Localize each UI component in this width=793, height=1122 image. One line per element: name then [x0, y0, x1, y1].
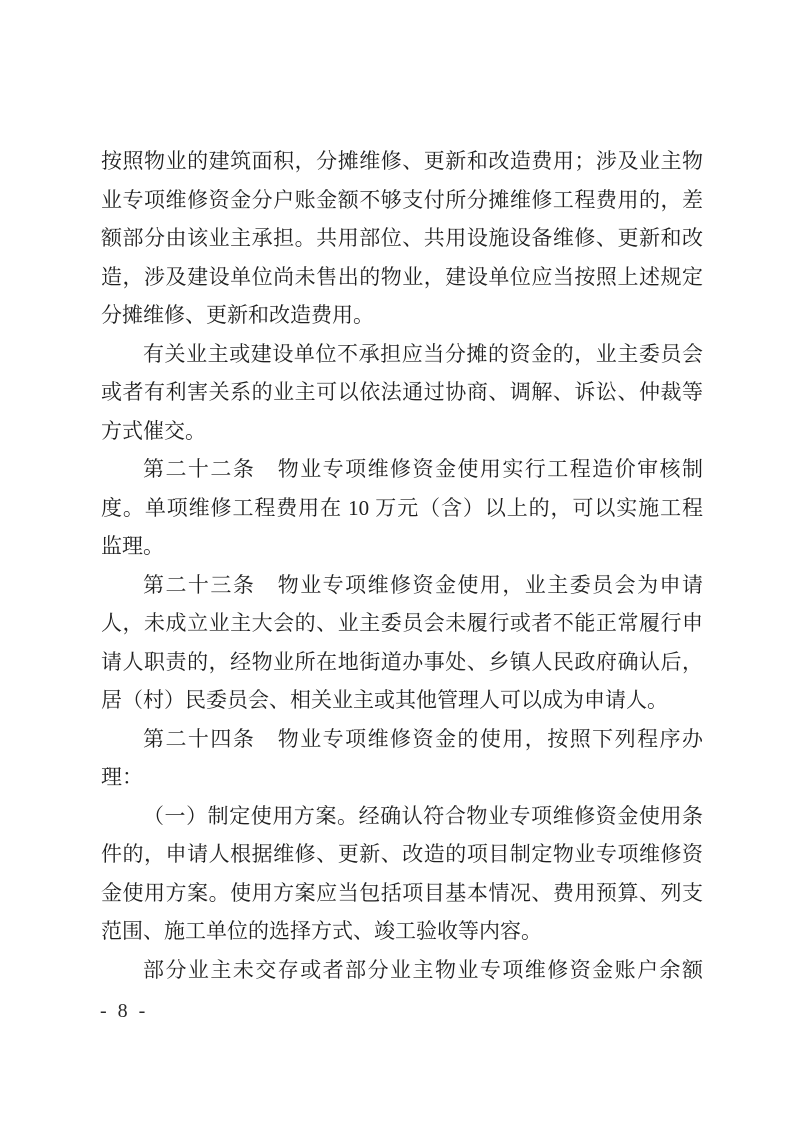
text-line: 造，涉及建设单位尚未售出的物业，建设单位应当按照上述规定	[101, 258, 703, 297]
text-line: 分摊维修、更新和改造费用。	[101, 296, 703, 335]
document-page: 按照物业的建筑面积，分摊维修、更新和改造费用；涉及业主物业专项维修资金分户账金额…	[0, 0, 793, 1122]
text-line: 方式催交。	[101, 412, 703, 451]
text-line: 理：	[101, 758, 703, 797]
text-line: 有关业主或建设单位不承担应当分摊的资金的，业主委员会	[101, 335, 703, 374]
text-line: 按照物业的建筑面积，分摊维修、更新和改造费用；涉及业主物	[101, 142, 703, 181]
text-line: 范围、施工单位的选择方式、竣工验收等内容。	[101, 912, 703, 951]
text-line: 业专项维修资金分户账金额不够支付所分摊维修工程费用的，差	[101, 181, 703, 220]
text-line: 件的，申请人根据维修、更新、改造的项目制定物业专项维修资	[101, 835, 703, 874]
text-line: 居（村）民委员会、相关业主或其他管理人可以成为申请人。	[101, 681, 703, 720]
text-line: 部分业主未交存或者部分业主物业专项维修资金账户余额	[101, 951, 703, 990]
text-line: 监理。	[101, 527, 703, 566]
text-line: 请人职责的，经物业所在地街道办事处、乡镇人民政府确认后，	[101, 643, 703, 682]
text-line: 度。单项维修工程费用在 10 万元（含）以上的，可以实施工程	[101, 489, 703, 528]
text-line: 第二十二条 物业专项维修资金使用实行工程造价审核制	[101, 450, 703, 489]
text-line: 第二十四条 物业专项维修资金的使用，按照下列程序办	[101, 720, 703, 759]
page-number: - 8 -	[100, 1000, 148, 1023]
text-line: 人，未成立业主大会的、业主委员会未履行或者不能正常履行申	[101, 604, 703, 643]
text-line: 第二十三条 物业专项维修资金使用，业主委员会为申请	[101, 566, 703, 605]
text-line: 或者有利害关系的业主可以依法通过协商、调解、诉讼、仲裁等	[101, 373, 703, 412]
text-line: （一）制定使用方案。经确认符合物业专项维修资金使用条	[101, 797, 703, 836]
text-line: 额部分由该业主承担。共用部位、共用设施设备维修、更新和改	[101, 219, 703, 258]
document-body: 按照物业的建筑面积，分摊维修、更新和改造费用；涉及业主物业专项维修资金分户账金额…	[101, 142, 703, 989]
text-line: 金使用方案。使用方案应当包括项目基本情况、费用预算、列支	[101, 874, 703, 913]
